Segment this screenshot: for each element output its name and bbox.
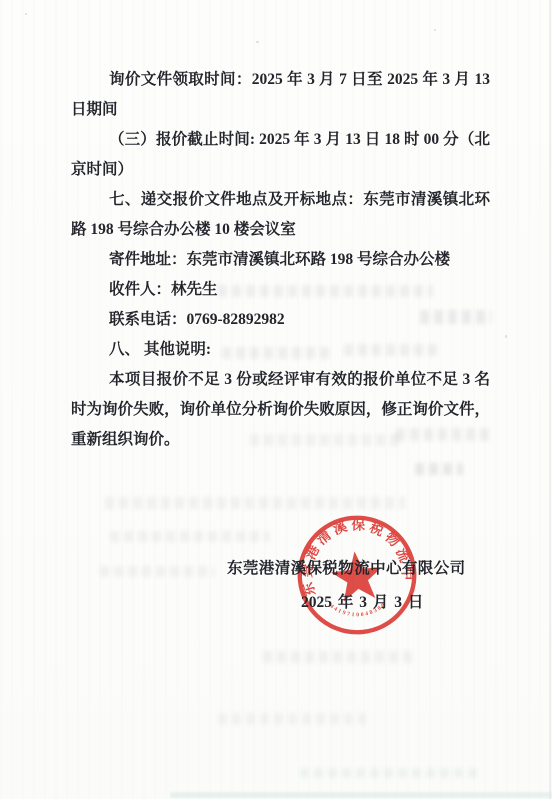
bleed-through-mark: [105, 497, 405, 509]
document-line: 联系电话：0769-82892982: [71, 305, 490, 335]
signature-date: 2025 年 3 月 3 日: [301, 590, 423, 612]
document-line: 京时间）: [71, 155, 490, 185]
scan-speck: [25, 13, 27, 15]
document-line: 重新组织询价。: [71, 425, 490, 455]
document-line: 路 198 号综合办公楼 10 楼会议室: [71, 215, 490, 245]
scan-speck: [434, 29, 436, 31]
bleed-through-mark: [415, 463, 463, 475]
document-body: 询价文件领取时间：2025 年 3 月 7 日至 2025 年 3 月 13 日…: [71, 65, 490, 455]
scan-speck: [256, 41, 259, 43]
bleed-through-mark: [110, 531, 270, 542]
signature-company-name: 东莞港清溪保税物流中心有限公司: [227, 556, 466, 578]
document-line: 日期间: [71, 95, 490, 125]
scan-edge-shadow: [170, 792, 552, 798]
document-line: 收件人：林先生: [71, 275, 490, 305]
bleed-through-mark: [218, 713, 366, 725]
bleed-through-mark: [300, 768, 480, 778]
document-line: 寄件地址：东莞市清溪镇北环路 198 号综合办公楼: [71, 245, 490, 275]
document-line: 时为询价失败，询价单位分析询价失败原因，修正询价文件，: [71, 395, 490, 425]
document-line: （三）报价截止时间: 2025 年 3 月 13 日 18 时 00 分（北: [71, 125, 490, 155]
document-line: 本项目报价不足 3 份或经评审有效的报价单位不足 3 名: [71, 365, 490, 395]
bleed-through-mark: [263, 651, 413, 663]
scan-speck: [505, 335, 507, 338]
document-line: 询价文件领取时间：2025 年 3 月 7 日至 2025 年 3 月 13: [71, 65, 490, 95]
bleed-through-mark: [100, 566, 215, 577]
scan-edge-shadow: [549, 0, 551, 799]
scanned-document-page: 询价文件领取时间：2025 年 3 月 7 日至 2025 年 3 月 13 日…: [0, 0, 552, 799]
document-line: 七、递交报价文件地点及开标地点：东莞市清溪镇北环: [71, 185, 490, 215]
document-line: 八、 其他说明:: [71, 335, 490, 365]
